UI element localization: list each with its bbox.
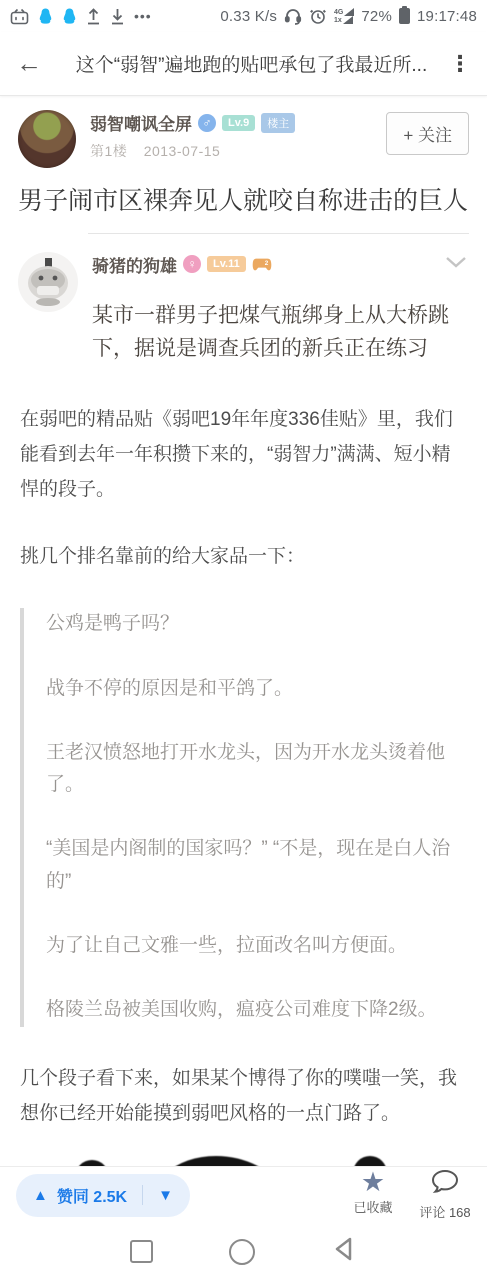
article-body: 在弱吧的精品贴《弱吧19年年度336佳贴》里，我们能看到去年一年积攒下来的，“弱… <box>0 402 487 1230</box>
svg-text:2: 2 <box>264 259 268 266</box>
phone-screen: ••• 0.33 K/s 4G 1x 72% <box>0 0 487 1280</box>
embedded-tieba-screenshot: 弱智嘲讽全屏 ♂ Lv.9 楼主 第1楼 2013-07-15 + 关注 男子闹… <box>0 96 487 366</box>
reply-info: 骑猪的狗雄 ♀ Lv.11 2 某市一群男子把煤气瓶绑身上从大桥跳下，据说是调查… <box>92 252 469 366</box>
quote-item: “美国是内阁制的国家吗？” “不是，现在是白人治的” <box>46 833 467 898</box>
author-info: 弱智嘲讽全屏 ♂ Lv.9 楼主 第1楼 2013-07-15 <box>90 110 386 161</box>
level-badge: Lv.9 <box>222 115 255 131</box>
battery-icon <box>399 8 410 24</box>
reply-level-badge: Lv.11 <box>207 256 246 272</box>
downvote-icon[interactable]: ▼ <box>158 1187 173 1204</box>
tieba-post-title: 男子闹市区裸奔见人就咬自称进击的巨人 <box>18 184 469 219</box>
back-arrow-icon[interactable]: ← <box>16 48 56 79</box>
upvote-icon[interactable]: ▲ <box>33 1187 48 1204</box>
status-bar: ••• 0.33 K/s 4G 1x 72% <box>0 0 487 32</box>
quote-item: 王老汉愤怒地打开水龙头，因为开水龙头烫着他了。 <box>46 737 467 802</box>
female-gender-icon: ♀ <box>183 255 201 273</box>
recents-button[interactable] <box>130 1240 153 1263</box>
quote-item: 为了让自己文雅一些，拉面改名叫方便面。 <box>46 930 467 962</box>
kebab-menu-icon[interactable]: ⋮ <box>447 51 471 77</box>
article-paragraph: 挑几个排名靠前的给大家品一下： <box>20 539 467 574</box>
author-avatar[interactable] <box>18 110 76 168</box>
qq-icon <box>62 8 77 25</box>
status-bar-left: ••• <box>10 8 152 25</box>
favorite-button[interactable]: ★ 已收藏 <box>347 1169 399 1221</box>
chevron-down-icon[interactable] <box>445 255 469 273</box>
status-bar-right: 0.33 K/s 4G 1x 72% 19:17:48 <box>220 7 477 25</box>
comment-button[interactable]: 评论 168 <box>419 1169 471 1221</box>
article-paragraph: 在弱吧的精品贴《弱吧19年年度336佳贴》里，我们能看到去年一年积攒下来的，“弱… <box>20 402 467 507</box>
signal-icon: 4G 1x <box>334 8 354 24</box>
quote-item: 战争不停的原因是和平鸽了。 <box>46 673 467 705</box>
post-meta: 第1楼 2013-07-15 <box>90 141 386 161</box>
sim1-type: 4G <box>334 9 343 16</box>
alarm-icon <box>309 7 327 25</box>
game-controller-icon: 2 <box>252 256 272 272</box>
sim2-type: 1x <box>334 17 342 24</box>
bilibili-tv-icon <box>10 8 29 25</box>
download-icon <box>110 8 125 25</box>
back-button[interactable] <box>331 1236 357 1267</box>
tieba-post-header: 弱智嘲讽全屏 ♂ Lv.9 楼主 第1楼 2013-07-15 + 关注 <box>18 110 469 168</box>
op-badge: 楼主 <box>261 113 295 133</box>
clock-time: 19:17:48 <box>417 8 477 25</box>
post-date: 2013-07-15 <box>144 143 221 159</box>
vote-divider <box>142 1185 143 1205</box>
android-nav-bar <box>0 1223 487 1280</box>
quote-item: 公鸡是鸭子吗？ <box>46 608 467 640</box>
network-speed: 0.33 K/s <box>220 8 277 25</box>
quote-block: 公鸡是鸭子吗？ 战争不停的原因是和平鸽了。 王老汉愤怒地打开水龙头，因为开水龙头… <box>20 608 467 1026</box>
reply-avatar[interactable] <box>18 252 78 312</box>
comment-count: 评论 168 <box>419 1202 470 1221</box>
divider <box>88 233 469 234</box>
upvote-count[interactable]: 赞同 2.5K <box>57 1184 127 1207</box>
favorite-label: 已收藏 <box>353 1197 392 1216</box>
headset-icon <box>284 7 302 25</box>
action-bar: ▲ 赞同 2.5K ▼ ★ 已收藏 评论 168 <box>0 1166 487 1223</box>
qq-icon <box>38 8 53 25</box>
vote-pill: ▲ 赞同 2.5K ▼ <box>16 1174 190 1217</box>
reply-author-name[interactable]: 骑猪的狗雄 <box>92 252 177 277</box>
comment-bubble-icon <box>431 1169 459 1200</box>
battery-percent: 72% <box>361 8 392 25</box>
tieba-reply: 骑猪的狗雄 ♀ Lv.11 2 某市一群男子把煤气瓶绑身上从大桥跳下，据说是调查… <box>18 252 469 366</box>
star-icon: ★ <box>361 1169 385 1195</box>
author-name[interactable]: 弱智嘲讽全屏 <box>90 110 192 135</box>
male-gender-icon: ♂ <box>198 114 216 132</box>
more-notifications-icon: ••• <box>134 8 152 24</box>
quote-item: 格陵兰岛被美国收购，瘟疫公司难度下降2级。 <box>46 994 467 1026</box>
reply-text: 某市一群男子把煤气瓶绑身上从大桥跳下，据说是调查兵团的新兵正在练习 <box>92 299 469 366</box>
page-title: 这个“弱智”遍地跑的贴吧承包了我最近所... <box>56 50 447 77</box>
app-header: ← 这个“弱智”遍地跑的贴吧承包了我最近所... ⋮ <box>0 32 487 96</box>
article-paragraph: 几个段子看下来，如果某个博得了你的噗嗤一笑，我想你已经开始能摸到弱吧风格的一点门… <box>20 1061 467 1131</box>
action-bar-right: ★ 已收藏 评论 168 <box>347 1169 471 1221</box>
follow-button[interactable]: + 关注 <box>386 112 469 155</box>
floor-number: 第1楼 <box>90 143 127 159</box>
upload-icon <box>86 8 101 25</box>
home-button[interactable] <box>229 1239 255 1265</box>
